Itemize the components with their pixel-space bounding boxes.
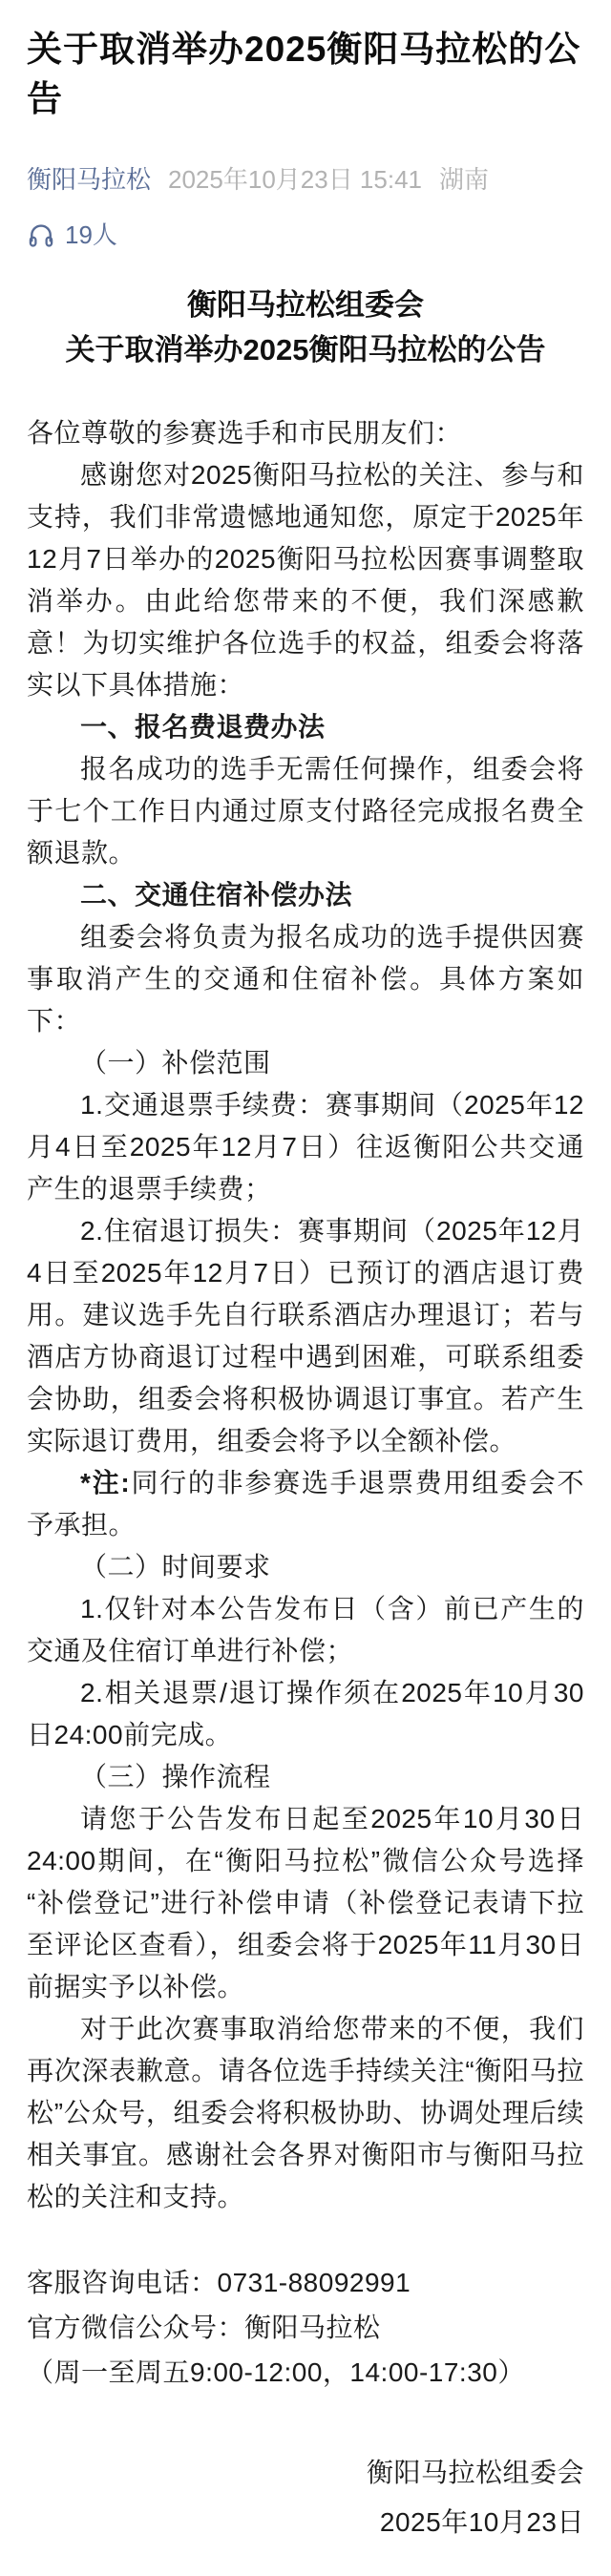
announcement-heading: 关于取消举办2025衡阳马拉松的公告: [27, 327, 584, 372]
note-prefix: *注:: [80, 1468, 130, 1497]
section-heading: 一、报名费退费办法: [27, 706, 584, 748]
signature-date: 2025年10月23日: [27, 2498, 584, 2547]
contact-line: （周一至周五9:00-12:00，14:00-17:30）: [27, 2350, 584, 2395]
publish-date: 2025年10月23日 15:41: [168, 164, 422, 195]
contact-line: 客服咨询电话：0731-88092991: [27, 2260, 584, 2305]
paragraph: 组委会将负责为报名成功的选手提供因赛事取消产生的交通和住宿补偿。具体方案如下：: [27, 916, 584, 1042]
listen-audio-button[interactable]: 19人: [27, 220, 584, 250]
contact-line: 官方微信公众号：衡阳马拉松: [27, 2305, 584, 2350]
listen-count: 19人: [65, 220, 117, 250]
paragraph: 1.交通退票手续费：赛事期间（2025年12月4日至2025年12月7日）往返衡…: [27, 1084, 584, 1210]
paragraph: 对于此次赛事取消给您带来的不便，我们再次深表歉意。请各位选手持续关注“衡阳马拉松…: [27, 2008, 584, 2218]
paragraph: 报名成功的选手无需任何操作，组委会将于七个工作日内通过原支付路径完成报名费全额退…: [27, 748, 584, 874]
headphones-icon: [27, 220, 55, 249]
paragraph: 感谢您对2025衡阳马拉松的关注、参与和支持，我们非常遗憾地通知您，原定于202…: [27, 454, 584, 706]
publish-region: 湖南: [439, 164, 489, 195]
paragraph: （一）补偿范围: [27, 1042, 584, 1084]
signature-block: 衡阳马拉松组委会 2025年10月23日: [27, 2448, 584, 2547]
paragraph: （二）时间要求: [27, 1546, 584, 1588]
account-link[interactable]: 衡阳马拉松: [27, 164, 151, 195]
paragraph: 请您于公告发布日起至2025年10月30日24:00期间，在“衡阳马拉松”微信公…: [27, 1798, 584, 2008]
wechat-article-page: 关于取消举办2025衡阳马拉松的公告 衡阳马拉松 2025年10月23日 15:…: [0, 0, 611, 2576]
article-content: 衡阳马拉松组委会 关于取消举办2025衡阳马拉松的公告 各位尊敬的参赛选手和市民…: [27, 283, 584, 2547]
paragraph: 2.住宿退订损失：赛事期间（2025年12月4日至2025年12月7日）已预订的…: [27, 1210, 584, 1462]
paragraph: 1.仅针对本公告发布日（含）前已产生的交通及住宿订单进行补偿；: [27, 1588, 584, 1672]
signature-org: 衡阳马拉松组委会: [27, 2448, 584, 2498]
paragraph-list: 各位尊敬的参赛选手和市民朋友们：感谢您对2025衡阳马拉松的关注、参与和支持，我…: [27, 412, 584, 2218]
section-heading: 二、交通住宿补偿办法: [27, 874, 584, 916]
paragraph: （三）操作流程: [27, 1756, 584, 1798]
paragraph: *注:同行的非参赛选手退票费用组委会不予承担。: [27, 1462, 584, 1546]
meta-row: 衡阳马拉松 2025年10月23日 15:41 湖南: [27, 164, 584, 195]
page: { "colors": { "link_blue": "#576b95", "m…: [0, 0, 611, 2576]
paragraph: 2.相关退票/退订操作须在2025年10月30日24:00前完成。: [27, 1672, 584, 1756]
contact-block: 客服咨询电话：0731-88092991官方微信公众号：衡阳马拉松（周一至周五9…: [27, 2260, 584, 2395]
article-title: 关于取消举办2025衡阳马拉松的公告: [27, 25, 584, 124]
org-heading: 衡阳马拉松组委会: [27, 283, 584, 327]
paragraph: 各位尊敬的参赛选手和市民朋友们：: [27, 412, 584, 454]
